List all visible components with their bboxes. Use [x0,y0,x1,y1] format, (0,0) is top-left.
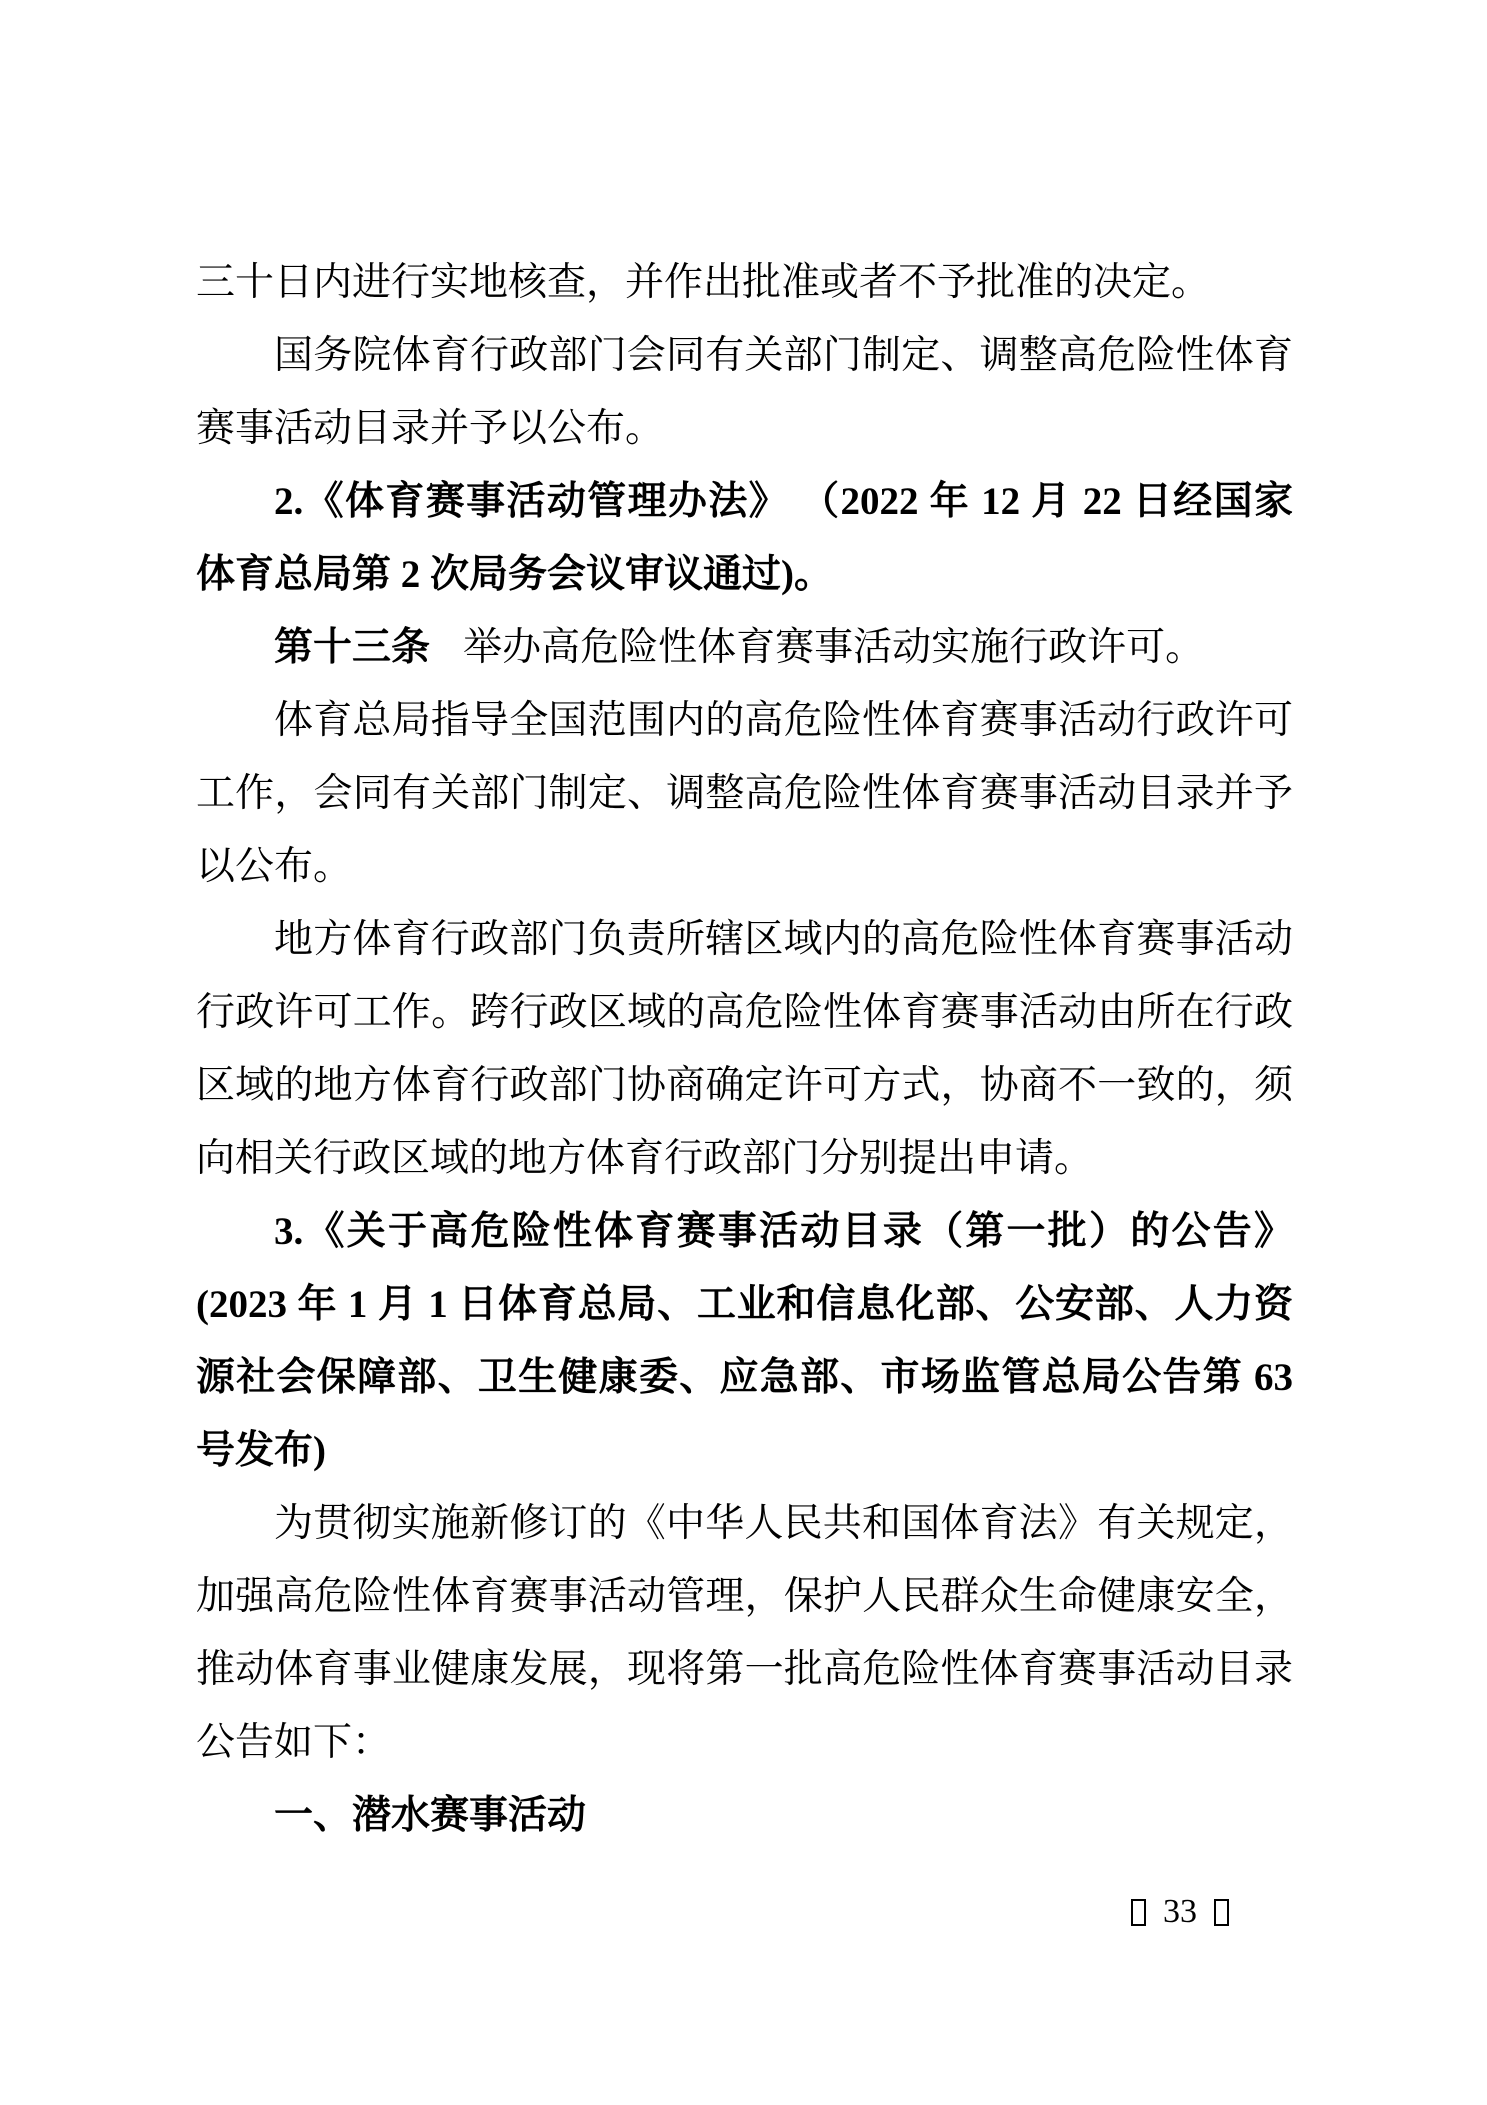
paragraph-sport-bureau-duty: 体育总局指导全国范围内的高危险性体育赛事活动行政许可工作，会同有关部门制定、调整… [196,684,1293,903]
paragraph-item-2-heading: 2.《体育赛事活动管理办法》 （2022 年 12 月 22 日经国家体育总局第… [196,465,1293,611]
article-13-text: 举办高危险性体育赛事活动实施行政许可。 [463,626,1204,669]
paragraph-announcement-intro: 为贯彻实施新修订的《中华人民共和国体育法》有关规定，加强高危险性体育赛事活动管理… [196,1487,1293,1779]
document-body: 三十日内进行实地核查，并作出批准或者不予批准的决定。 国务院体育行政部门会同有关… [196,246,1293,1852]
article-13-label: 第十三条 [274,626,430,669]
page-footer: 33 [1131,1892,1229,1932]
paragraph-continuation: 三十日内进行实地核查，并作出批准或者不予批准的决定。 [196,246,1293,319]
paragraph-local-departments: 地方体育行政部门负责所辖区域内的高危险性体育赛事活动行政许可工作。跨行政区域的高… [196,903,1293,1195]
missing-glyph-box-icon [1214,1899,1229,1926]
paragraph-section-1-diving: 一、潜水赛事活动 [196,1779,1293,1852]
paragraph-item-3-heading: 3.《关于高危险性体育赛事活动目录（第一批）的公告》(2023 年 1 月 1 … [196,1195,1293,1487]
missing-glyph-box-icon [1131,1899,1146,1926]
paragraph-state-council: 国务院体育行政部门会同有关部门制定、调整高危险性体育赛事活动目录并予以公布。 [196,319,1293,465]
document-page: 三十日内进行实地核查，并作出批准或者不予批准的决定。 国务院体育行政部门会同有关… [0,0,1487,2105]
paragraph-article-13: 第十三条举办高危险性体育赛事活动实施行政许可。 [196,611,1293,684]
page-number: 33 [1163,1892,1197,1932]
